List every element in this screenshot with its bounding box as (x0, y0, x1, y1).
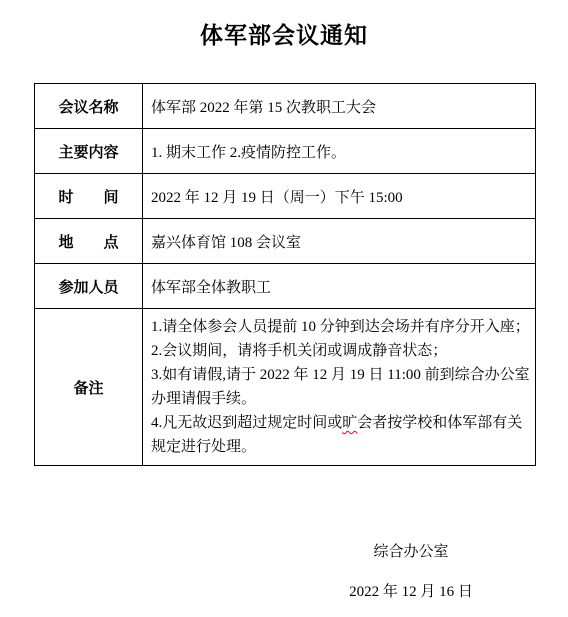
footer-date: 2022 年 12 月 16 日 (254, 580, 568, 601)
row-value: 体军部 2022 年第 15 次教职工大会 (143, 84, 536, 129)
row-value: 嘉兴体育馆 108 会议室 (143, 219, 536, 264)
remark-item-2: 2.会议期间，请将手机关闭或调成静音状态； (151, 339, 530, 363)
row-value: 1. 期末工作 2.疫情防控工作。 (143, 129, 536, 174)
row-label: 主要内容 (35, 129, 143, 174)
document-page: 体军部会议通知 会议名称 体军部 2022 年第 15 次教职工大会 主要内容 … (0, 0, 568, 617)
signature-block: 综合办公室 2022 年 12 月 16 日 (254, 540, 568, 601)
row-label: 备注 (35, 309, 143, 466)
table-row-remarks: 备注 1.请全体参会人员提前 10 分钟到达会场并有序分开入座； 2.会议期间，… (35, 309, 536, 466)
table-row-main-content: 主要内容 1. 期末工作 2.疫情防控工作。 (35, 129, 536, 174)
remark-item-4-prefix: 4.凡无故迟到超过规定时间或 (151, 415, 342, 431)
page-title: 体军部会议通知 (0, 17, 568, 50)
notice-table: 会议名称 体军部 2022 年第 15 次教职工大会 主要内容 1. 期末工作 … (34, 83, 536, 466)
row-value: 2022 年 12 月 19 日（周一）下午 15:00 (143, 174, 536, 219)
remark-item-4: 4.凡无故迟到超过规定时间或旷会者按学校和体军部有关规定进行处理。 (151, 411, 530, 459)
table-row-location: 地 点 嘉兴体育馆 108 会议室 (35, 219, 536, 264)
table-row-participants: 参加人员 体军部全体教职工 (35, 264, 536, 309)
remark-item-3: 3.如有请假,请于 2022 年 12 月 19 日 11:00 前到综合办公室… (151, 363, 530, 411)
table-row-meeting-name: 会议名称 体军部 2022 年第 15 次教职工大会 (35, 84, 536, 129)
spellcheck-wavy-underline: 旷 (342, 415, 357, 431)
row-label: 参加人员 (35, 264, 143, 309)
footer-department: 综合办公室 (254, 540, 568, 561)
row-label: 时 间 (35, 174, 143, 219)
remark-item-1: 1.请全体参会人员提前 10 分钟到达会场并有序分开入座； (151, 315, 530, 339)
remarks-cell: 1.请全体参会人员提前 10 分钟到达会场并有序分开入座； 2.会议期间，请将手… (143, 309, 536, 466)
row-label: 会议名称 (35, 84, 143, 129)
row-value: 体军部全体教职工 (143, 264, 536, 309)
table-row-time: 时 间 2022 年 12 月 19 日（周一）下午 15:00 (35, 174, 536, 219)
row-label: 地 点 (35, 219, 143, 264)
